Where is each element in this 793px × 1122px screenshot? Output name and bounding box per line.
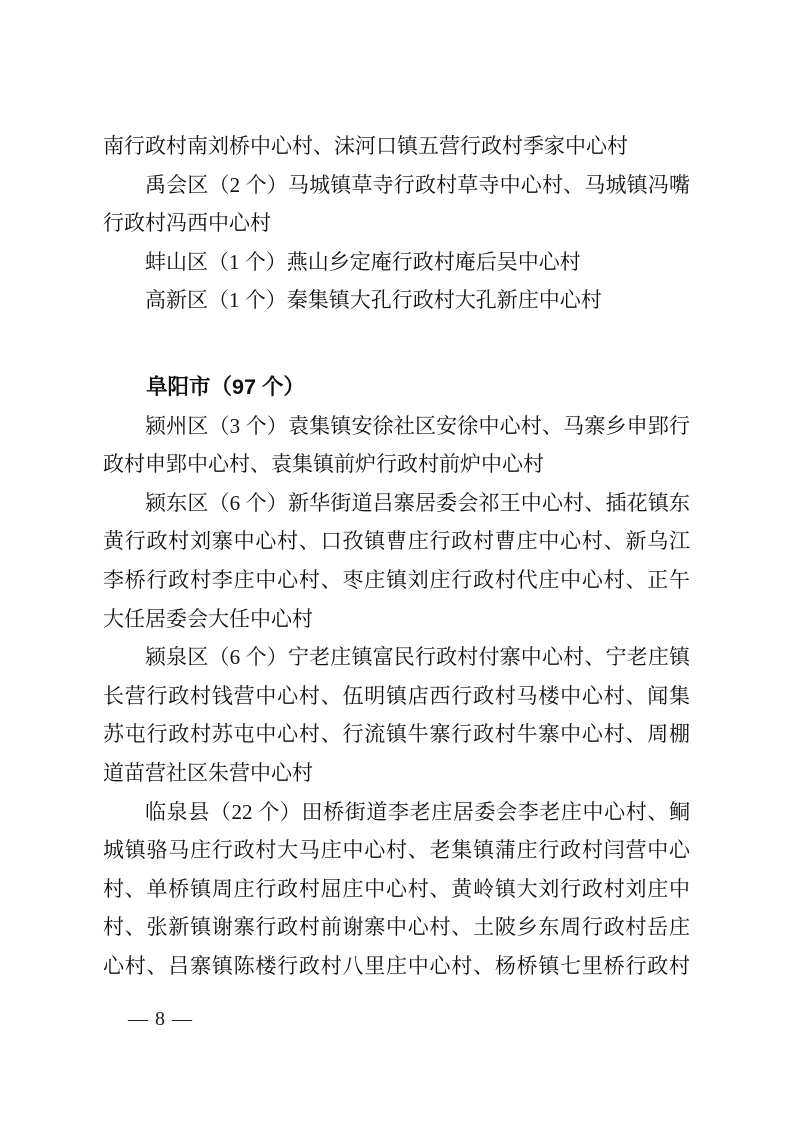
- section-heading-fuyang: 阜阳市（97 个）: [103, 368, 690, 407]
- text-line-yingdong-continued: 大任居委会大任中心村: [103, 600, 690, 639]
- document-body: 南行政村南刘桥中心村、沫河口镇五营行政村季家中心村 禹会区（2 个）马城镇草寺行…: [103, 127, 690, 985]
- text-line-yingquan-continued: 道苗营社区朱营中心村: [103, 754, 690, 793]
- text-line-yingquan-continued: 长营行政村钱营中心村、伍明镇店西行政村马楼中心村、闻集镇: [103, 677, 690, 716]
- text-line-yingquan-district: 颍泉区（6 个）宁老庄镇富民行政村付寨中心村、宁老庄镇: [103, 638, 690, 677]
- text-line-linquan-county: 临泉县（22 个）田桥街道李老庄居委会李老庄中心村、鲖: [103, 793, 690, 832]
- text-line-yingquan-continued: 苏屯行政村苏屯中心村、行流镇牛寨行政村牛寨中心村、周棚街: [103, 715, 690, 754]
- text-line-gaoxin-district: 高新区（1 个）秦集镇大孔行政村大孔新庄中心村: [103, 281, 690, 320]
- text-line-yingdong-continued: 黄行政村刘寨中心村、口孜镇曹庄行政村曹庄中心村、新乌江镇: [103, 522, 690, 561]
- document-page: 南行政村南刘桥中心村、沫河口镇五营行政村季家中心村 禹会区（2 个）马城镇草寺行…: [0, 0, 793, 1122]
- text-line-yuhui-district: 禹会区（2 个）马城镇草寺行政村草寺中心村、马城镇冯嘴: [103, 166, 690, 205]
- text-line-bengshan-district: 蚌山区（1 个）燕山乡定庵行政村庵后吴中心村: [103, 243, 690, 282]
- text-line-linquan-continued: 心村、吕寨镇陈楼行政村八里庄中心村、杨桥镇七里桥行政村韩: [103, 947, 690, 986]
- text-line-linquan-continued: 村、单桥镇周庄行政村屈庄中心村、黄岭镇大刘行政村刘庄中心: [103, 870, 690, 909]
- text-line-yuhui-continued: 行政村冯西中心村: [103, 204, 690, 243]
- blank-line: [103, 320, 690, 368]
- text-line-linquan-continued: 村、张新镇谢寨行政村前谢寨中心村、土陂乡东周行政村岳庄中: [103, 908, 690, 947]
- text-line-yingdong-continued: 李桥行政村李庄中心村、枣庄镇刘庄行政村代庄中心村、正午镇: [103, 561, 690, 600]
- text-line-continuation: 南行政村南刘桥中心村、沫河口镇五营行政村季家中心村: [103, 127, 690, 166]
- text-line-yingdong-district: 颍东区（6 个）新华街道吕寨居委会祁王中心村、插花镇东: [103, 484, 690, 523]
- text-line-linquan-continued: 城镇骆马庄行政村大马庄中心村、老集镇蒲庄行政村闫营中心: [103, 831, 690, 870]
- text-line-yingzhou-continued: 政村申郢中心村、袁集镇前炉行政村前炉中心村: [103, 445, 690, 484]
- page-number: — 8 —: [128, 1008, 193, 1031]
- text-line-yingzhou-district: 颍州区（3 个）袁集镇安徐社区安徐中心村、马寨乡申郢行: [103, 407, 690, 446]
